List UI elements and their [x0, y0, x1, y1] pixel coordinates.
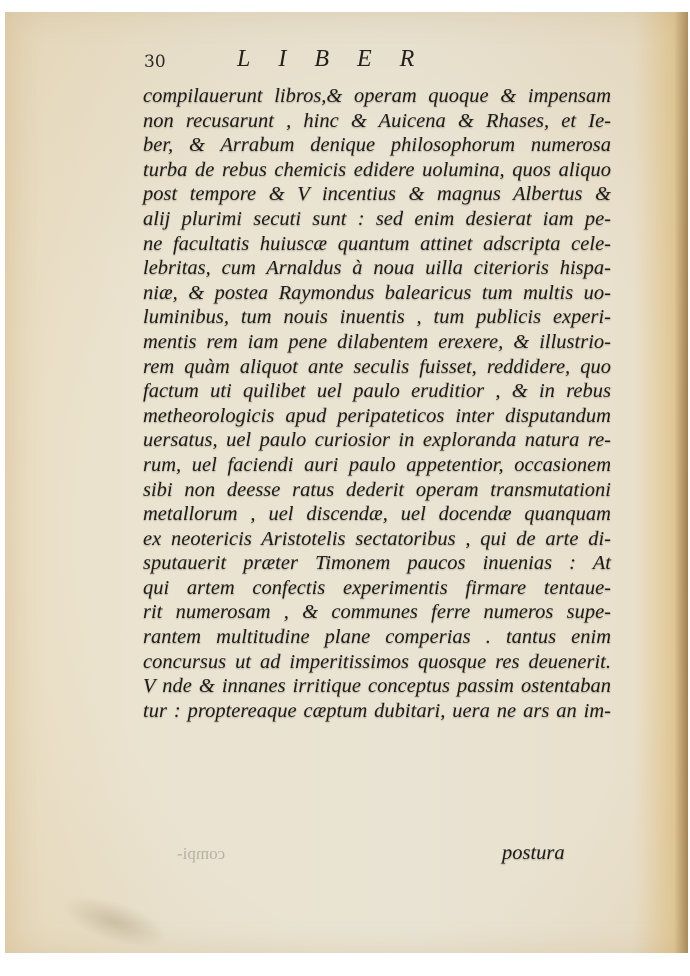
text-line: factum uti quilibet uel paulo eruditior … — [143, 379, 611, 404]
text-line: alij plurimi secuti sunt : sed enim desi… — [143, 207, 611, 232]
body-text: compilauerunt libros,& operam quoque & i… — [143, 84, 611, 723]
text-line: ber, & Arrabum denique philosophorum num… — [143, 133, 611, 158]
text-line: metheorologicis apud peripateticos inter… — [143, 404, 611, 429]
text-line: uersatus, uel paulo curiosior in explora… — [143, 428, 611, 453]
catchword: postura — [502, 842, 565, 865]
page-stain — [57, 886, 174, 958]
text-line: concursus ut ad imperitissimos quosque r… — [143, 650, 611, 675]
text-line: niæ, & postea Raymondus balearicus tum m… — [143, 281, 611, 306]
show-through-text: compi- — [177, 844, 225, 864]
page-header: 30 LIBER — [5, 46, 688, 76]
page-number: 30 — [144, 52, 166, 72]
text-line: qui artem confectis experimentis firmare… — [143, 576, 611, 601]
text-line: ex neotericis Aristotelis sectatoribus ,… — [143, 527, 611, 552]
text-line: rit numerosam , & communes ferre numeros… — [143, 600, 611, 625]
text-line: post tempore & V incentius & magnus Albe… — [143, 182, 611, 207]
text-line: rum, uel faciendi auri paulo appetentior… — [143, 453, 611, 478]
text-line: rem quàm aliquot ante seculis fuisset, r… — [143, 355, 611, 380]
text-line: turba de rebus chemicis edidere uolumina… — [143, 158, 611, 183]
text-line: metallorum , uel discendæ, uel docendæ q… — [143, 502, 611, 527]
text-line: tur : proptereaque cæptum dubitari, uera… — [143, 699, 611, 724]
text-line: lebritas, cum Arnaldus à noua uilla cite… — [143, 256, 611, 281]
text-line: ne facultatis huiuscæ quantum attinet ad… — [143, 232, 611, 257]
running-head: LIBER — [237, 46, 442, 73]
text-line: non recusarunt , hinc & Auicena & Rhases… — [143, 109, 611, 134]
book-page: 30 LIBER compilauerunt libros,& operam q… — [5, 12, 688, 953]
text-line: V nde & innanes irritique conceptus pass… — [143, 674, 611, 699]
text-line: luminibus, tum nouis inuentis , tum publ… — [143, 305, 611, 330]
text-line: rantem multitudine plane comperias . tan… — [143, 625, 611, 650]
text-line: sibi non deesse ratus dederit operam tra… — [143, 478, 611, 503]
text-line: mentis rem iam pene dilabentem erexere, … — [143, 330, 611, 355]
text-line: sputauerit præter Timonem paucos inuenia… — [143, 551, 611, 576]
text-line: compilauerunt libros,& operam quoque & i… — [143, 84, 611, 109]
